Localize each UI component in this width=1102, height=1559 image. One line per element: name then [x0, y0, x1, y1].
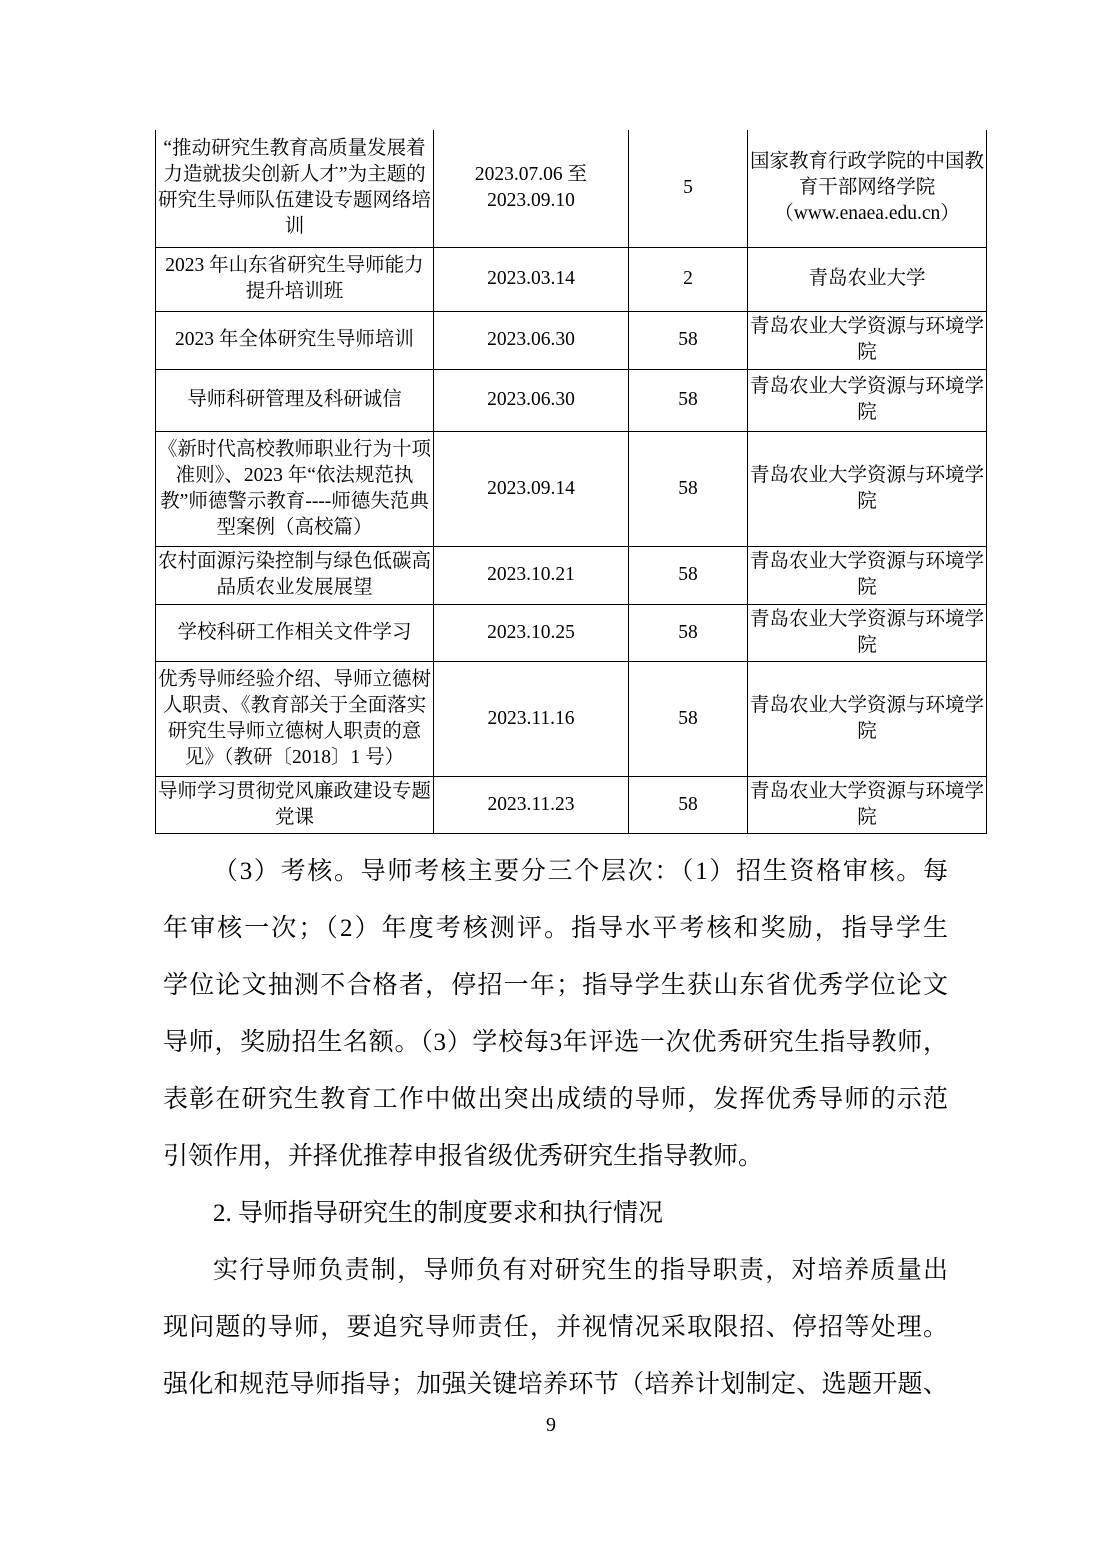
text-line: 表彰在研究生教育工作中做出突出成绩的导师，发挥优秀导师的示范: [163, 1071, 948, 1128]
text-line: （3）考核。导师考核主要分三个层次：（1）招生资格审核。每: [163, 843, 948, 900]
training-name-cell: 2023 年全体研究生导师培训: [156, 311, 434, 369]
training-date-cell: 2023.07.06 至 2023.09.10: [434, 130, 629, 247]
training-name-cell: 《新时代高校教师职业行为十项准则》、2023 年“依法规范执教”师德警示教育--…: [156, 431, 434, 546]
participant-count-cell: 58: [629, 604, 748, 661]
organizer-cell: 国家教育行政学院的中国教育干部网络学院（www.enaea.edu.cn）: [748, 130, 987, 247]
training-date-cell: 2023.06.30: [434, 369, 629, 431]
organizer-cell: 青岛农业大学资源与环境学院: [748, 311, 987, 369]
training-name-cell: “推动研究生教育高质量发展着力造就拔尖创新人才”为主题的研究生导师队伍建设专题网…: [156, 130, 434, 247]
training-date-cell: 2023.06.30: [434, 311, 629, 369]
organizer-cell: 青岛农业大学资源与环境学院: [748, 776, 987, 833]
organizer-cell: 青岛农业大学资源与环境学院: [748, 369, 987, 431]
training-date-cell: 2023.11.23: [434, 776, 629, 833]
organizer-cell: 青岛农业大学: [748, 247, 987, 311]
table-row: “推动研究生教育高质量发展着力造就拔尖创新人才”为主题的研究生导师队伍建设专题网…: [156, 130, 987, 247]
participant-count-cell: 58: [629, 311, 748, 369]
table-row: 农村面源污染控制与绿色低碳高品质农业发展展望 2023.10.21 58 青岛农…: [156, 546, 987, 604]
organizer-cell: 青岛农业大学资源与环境学院: [748, 661, 987, 776]
training-name-cell: 学校科研工作相关文件学习: [156, 604, 434, 661]
table-row: 2023 年全体研究生导师培训 2023.06.30 58 青岛农业大学资源与环…: [156, 311, 987, 369]
table-row: 优秀导师经验介绍、导师立德树人职责、《教育部关于全面落实研究生导师立德树人职责的…: [156, 661, 987, 776]
training-name-cell: 2023 年山东省研究生导师能力提升培训班: [156, 247, 434, 311]
table-row: 《新时代高校教师职业行为十项准则》、2023 年“依法规范执教”师德警示教育--…: [156, 431, 987, 546]
training-name-cell: 农村面源污染控制与绿色低碳高品质农业发展展望: [156, 546, 434, 604]
document-page: “推动研究生教育高质量发展着力造就拔尖创新人才”为主题的研究生导师队伍建设专题网…: [0, 0, 1102, 1559]
table-row: 导师学习贯彻党风廉政建设专题党课 2023.11.23 58 青岛农业大学资源与…: [156, 776, 987, 833]
training-name-cell: 导师科研管理及科研诚信: [156, 369, 434, 431]
table-row: 学校科研工作相关文件学习 2023.10.25 58 青岛农业大学资源与环境学院: [156, 604, 987, 661]
training-name-cell: 优秀导师经验介绍、导师立德树人职责、《教育部关于全面落实研究生导师立德树人职责的…: [156, 661, 434, 776]
training-table: “推动研究生教育高质量发展着力造就拔尖创新人才”为主题的研究生导师队伍建设专题网…: [155, 130, 987, 834]
organizer-cell: 青岛农业大学资源与环境学院: [748, 546, 987, 604]
body-text: （3）考核。导师考核主要分三个层次：（1）招生资格审核。每 年审核一次；（2）年…: [163, 843, 948, 1413]
text-line: 现问题的导师，要追究导师责任，并视情况采取限招、停招等处理。: [163, 1299, 948, 1356]
participant-count-cell: 58: [629, 369, 748, 431]
participant-count-cell: 58: [629, 776, 748, 833]
participant-count-cell: 5: [629, 130, 748, 247]
training-date-cell: 2023.03.14: [434, 247, 629, 311]
training-date-cell: 2023.10.21: [434, 546, 629, 604]
text-line: 强化和规范导师指导；加强关键培养环节（培养计划制定、选题开题、: [163, 1356, 948, 1413]
table-row: 2023 年山东省研究生导师能力提升培训班 2023.03.14 2 青岛农业大…: [156, 247, 987, 311]
page-number: 9: [0, 1414, 1102, 1436]
participant-count-cell: 58: [629, 546, 748, 604]
participant-count-cell: 58: [629, 661, 748, 776]
table-row: 导师科研管理及科研诚信 2023.06.30 58 青岛农业大学资源与环境学院: [156, 369, 987, 431]
participant-count-cell: 58: [629, 431, 748, 546]
organizer-cell: 青岛农业大学资源与环境学院: [748, 604, 987, 661]
training-date-cell: 2023.10.25: [434, 604, 629, 661]
training-date-cell: 2023.11.16: [434, 661, 629, 776]
training-name-cell: 导师学习贯彻党风廉政建设专题党课: [156, 776, 434, 833]
organizer-cell: 青岛农业大学资源与环境学院: [748, 431, 987, 546]
text-line: 引领作用，并择优推荐申报省级优秀研究生指导教师。: [163, 1128, 948, 1185]
text-line: 学位论文抽测不合格者，停招一年；指导学生获山东省优秀学位论文: [163, 957, 948, 1014]
text-line: 实行导师负责制，导师负有对研究生的指导职责，对培养质量出: [163, 1242, 948, 1299]
training-date-cell: 2023.09.14: [434, 431, 629, 546]
text-line: 年审核一次；（2）年度考核测评。指导水平考核和奖励，指导学生: [163, 900, 948, 957]
section-heading: 2. 导师指导研究生的制度要求和执行情况: [163, 1185, 948, 1242]
text-line: 导师，奖励招生名额。（3）学校每3年评选一次优秀研究生指导教师，: [163, 1014, 948, 1071]
participant-count-cell: 2: [629, 247, 748, 311]
